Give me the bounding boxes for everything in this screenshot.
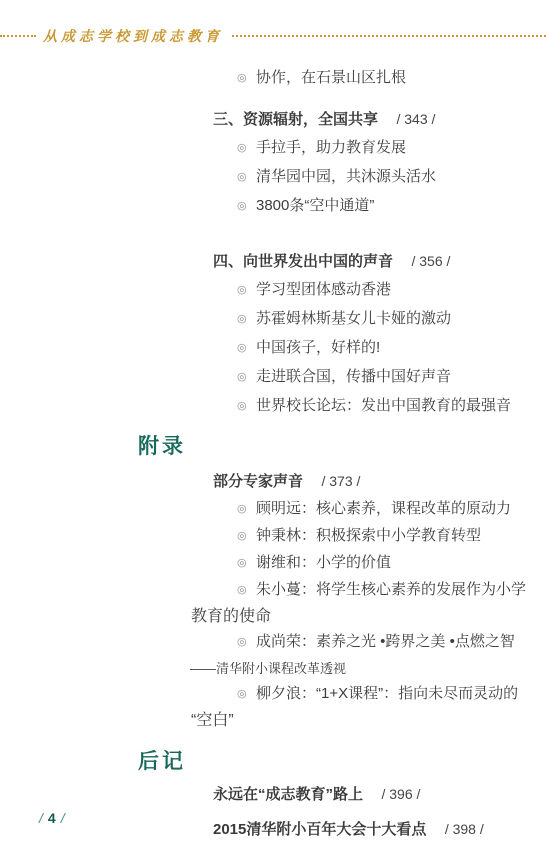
running-title: 从成志学校到成志教育	[36, 26, 232, 46]
page-number-slash: /	[39, 810, 43, 826]
page-number-slash: /	[61, 810, 65, 826]
bullseye-bullet-icon: ◎	[237, 682, 256, 707]
afterword-entry: 永远在“成志教育”路上 / 396 /	[213, 784, 538, 805]
toc-item-label: 顾明远：核心素养，课程改革的原动力	[256, 496, 511, 521]
toc-section-heading: 四、向世界发出中国的声音 / 356 /	[213, 251, 538, 272]
header-dotted-rule-right	[232, 35, 546, 37]
bullseye-bullet-icon: ◎	[237, 551, 256, 576]
bullseye-bullet-icon: ◎	[237, 393, 256, 420]
toc-item: ◎ 手拉手，助力教育发展	[237, 134, 538, 163]
entry-title: 2015清华附小百年大会十大看点	[213, 821, 426, 838]
bullseye-bullet-icon: ◎	[237, 335, 256, 362]
bullseye-bullet-icon: ◎	[237, 306, 256, 333]
entry-page-ref: / 396 /	[381, 786, 420, 802]
toc-item-continuation: 教育的使命	[138, 604, 538, 629]
page-number: /4/	[34, 810, 70, 826]
toc-item-label: 苏霍姆林斯基女儿卡娅的激动	[256, 305, 451, 332]
section-title: 四、向世界发出中国的声音	[213, 253, 393, 270]
toc-item: ◎ 柳夕浪：“1+X课程”：指向未尽而灵动的	[237, 681, 538, 708]
afterword-heading: 后记	[138, 748, 538, 776]
bullseye-bullet-icon: ◎	[237, 364, 256, 391]
bullseye-bullet-icon: ◎	[237, 524, 256, 549]
toc-item: ◎ 成尚荣：素养之光 •跨界之美 •点燃之智	[237, 629, 538, 656]
toc-item-label: 清华园中园，共沐源头活水	[256, 163, 436, 190]
bullseye-bullet-icon: ◎	[237, 65, 256, 92]
toc-item: ◎ 走进联合国，传播中国好声音	[237, 363, 538, 392]
toc-section: 三、资源辐射，全国共享 / 343 / ◎ 手拉手，助力教育发展 ◎ 清华园中园…	[138, 109, 538, 221]
bullseye-bullet-icon: ◎	[237, 164, 256, 191]
toc-item-label: 朱小蔓：将学生核心素养的发展作为小学	[256, 577, 526, 602]
section-title: 三、资源辐射，全国共享	[213, 111, 378, 128]
appendix-items: ◎ 顾明远：核心素养，课程改革的原动力 ◎ 钟秉林：积极探索中小学教育转型 ◎ …	[138, 496, 538, 733]
toc-item: ◎ 钟秉林：积极探索中小学教育转型	[237, 523, 538, 550]
afterword-entry: 2015清华附小百年大会十大看点 / 398 /	[213, 819, 538, 840]
toc-item-label: 谢维和：小学的价值	[256, 550, 391, 575]
toc-item-label: 柳夕浪：“1+X课程”：指向未尽而灵动的	[256, 681, 518, 706]
toc-item-continuation: “空白”	[138, 708, 538, 733]
table-of-contents: ◎ 协作，在石景山区扎根 三、资源辐射，全国共享 / 343 / ◎ 手拉手，助…	[138, 64, 538, 840]
toc-item-subtitle: ——清华附小课程改革透视	[138, 656, 538, 681]
toc-section: 部分专家声音 / 373 / ◎ 顾明远：核心素养，课程改革的原动力 ◎ 钟秉林…	[138, 471, 538, 733]
section-page-ref: / 373 /	[321, 473, 360, 489]
entry-page-ref: / 398 /	[445, 821, 484, 837]
section-title: 部分专家声音	[213, 473, 303, 490]
section-page-ref: / 356 /	[411, 253, 450, 269]
bullseye-bullet-icon: ◎	[237, 578, 256, 603]
header-dotted-rule-left	[0, 35, 36, 37]
toc-item-label: 学习型团体感动香港	[256, 276, 391, 303]
toc-item: ◎ 苏霍姆林斯基女儿卡娅的激动	[237, 305, 538, 334]
toc-item-label: 协作，在石景山区扎根	[256, 64, 406, 91]
appendix-heading: 附录	[138, 433, 538, 461]
book-toc-page: 从成志学校到成志教育 ◎ 协作，在石景山区扎根 三、资源辐射，全国共享 / 34…	[0, 0, 546, 852]
toc-item-label: 中国孩子，好样的!	[256, 334, 380, 361]
toc-item-label: 钟秉林：积极探索中小学教育转型	[256, 523, 481, 548]
toc-item-label: 3800条“空中通道”	[256, 192, 374, 219]
toc-item-label: 走进联合国，传播中国好声音	[256, 363, 451, 390]
toc-section-heading: 部分专家声音 / 373 /	[213, 471, 538, 492]
page-number-value: 4	[48, 810, 56, 826]
running-header: 从成志学校到成志教育	[0, 26, 546, 46]
toc-item: ◎ 学习型团体感动香港	[237, 276, 538, 305]
toc-item: ◎ 3800条“空中通道”	[237, 192, 538, 221]
toc-item: ◎ 谢维和：小学的价值	[237, 550, 538, 577]
toc-item: ◎ 朱小蔓：将学生核心素养的发展作为小学	[237, 577, 538, 604]
bullseye-bullet-icon: ◎	[237, 135, 256, 162]
toc-item: ◎ 中国孩子，好样的!	[237, 334, 538, 363]
section-page-ref: / 343 /	[396, 111, 435, 127]
bullseye-bullet-icon: ◎	[237, 497, 256, 522]
toc-item: ◎ 协作，在石景山区扎根	[237, 64, 538, 93]
toc-item: ◎ 顾明远：核心素养，课程改革的原动力	[237, 496, 538, 523]
toc-section-heading: 三、资源辐射，全国共享 / 343 /	[213, 109, 538, 130]
toc-item: ◎ 世界校长论坛：发出中国教育的最强音	[237, 392, 538, 421]
toc-item-label: 手拉手，助力教育发展	[256, 134, 406, 161]
entry-title: 永远在“成志教育”路上	[213, 786, 363, 803]
toc-item-label: 世界校长论坛：发出中国教育的最强音	[256, 392, 511, 419]
toc-item-label: 成尚荣：素养之光 •跨界之美 •点燃之智	[256, 629, 515, 654]
bullseye-bullet-icon: ◎	[237, 277, 256, 304]
toc-item: ◎ 清华园中园，共沐源头活水	[237, 163, 538, 192]
bullseye-bullet-icon: ◎	[237, 630, 256, 655]
toc-section: 四、向世界发出中国的声音 / 356 / ◎ 学习型团体感动香港 ◎ 苏霍姆林斯…	[138, 251, 538, 421]
bullseye-bullet-icon: ◎	[237, 193, 256, 220]
